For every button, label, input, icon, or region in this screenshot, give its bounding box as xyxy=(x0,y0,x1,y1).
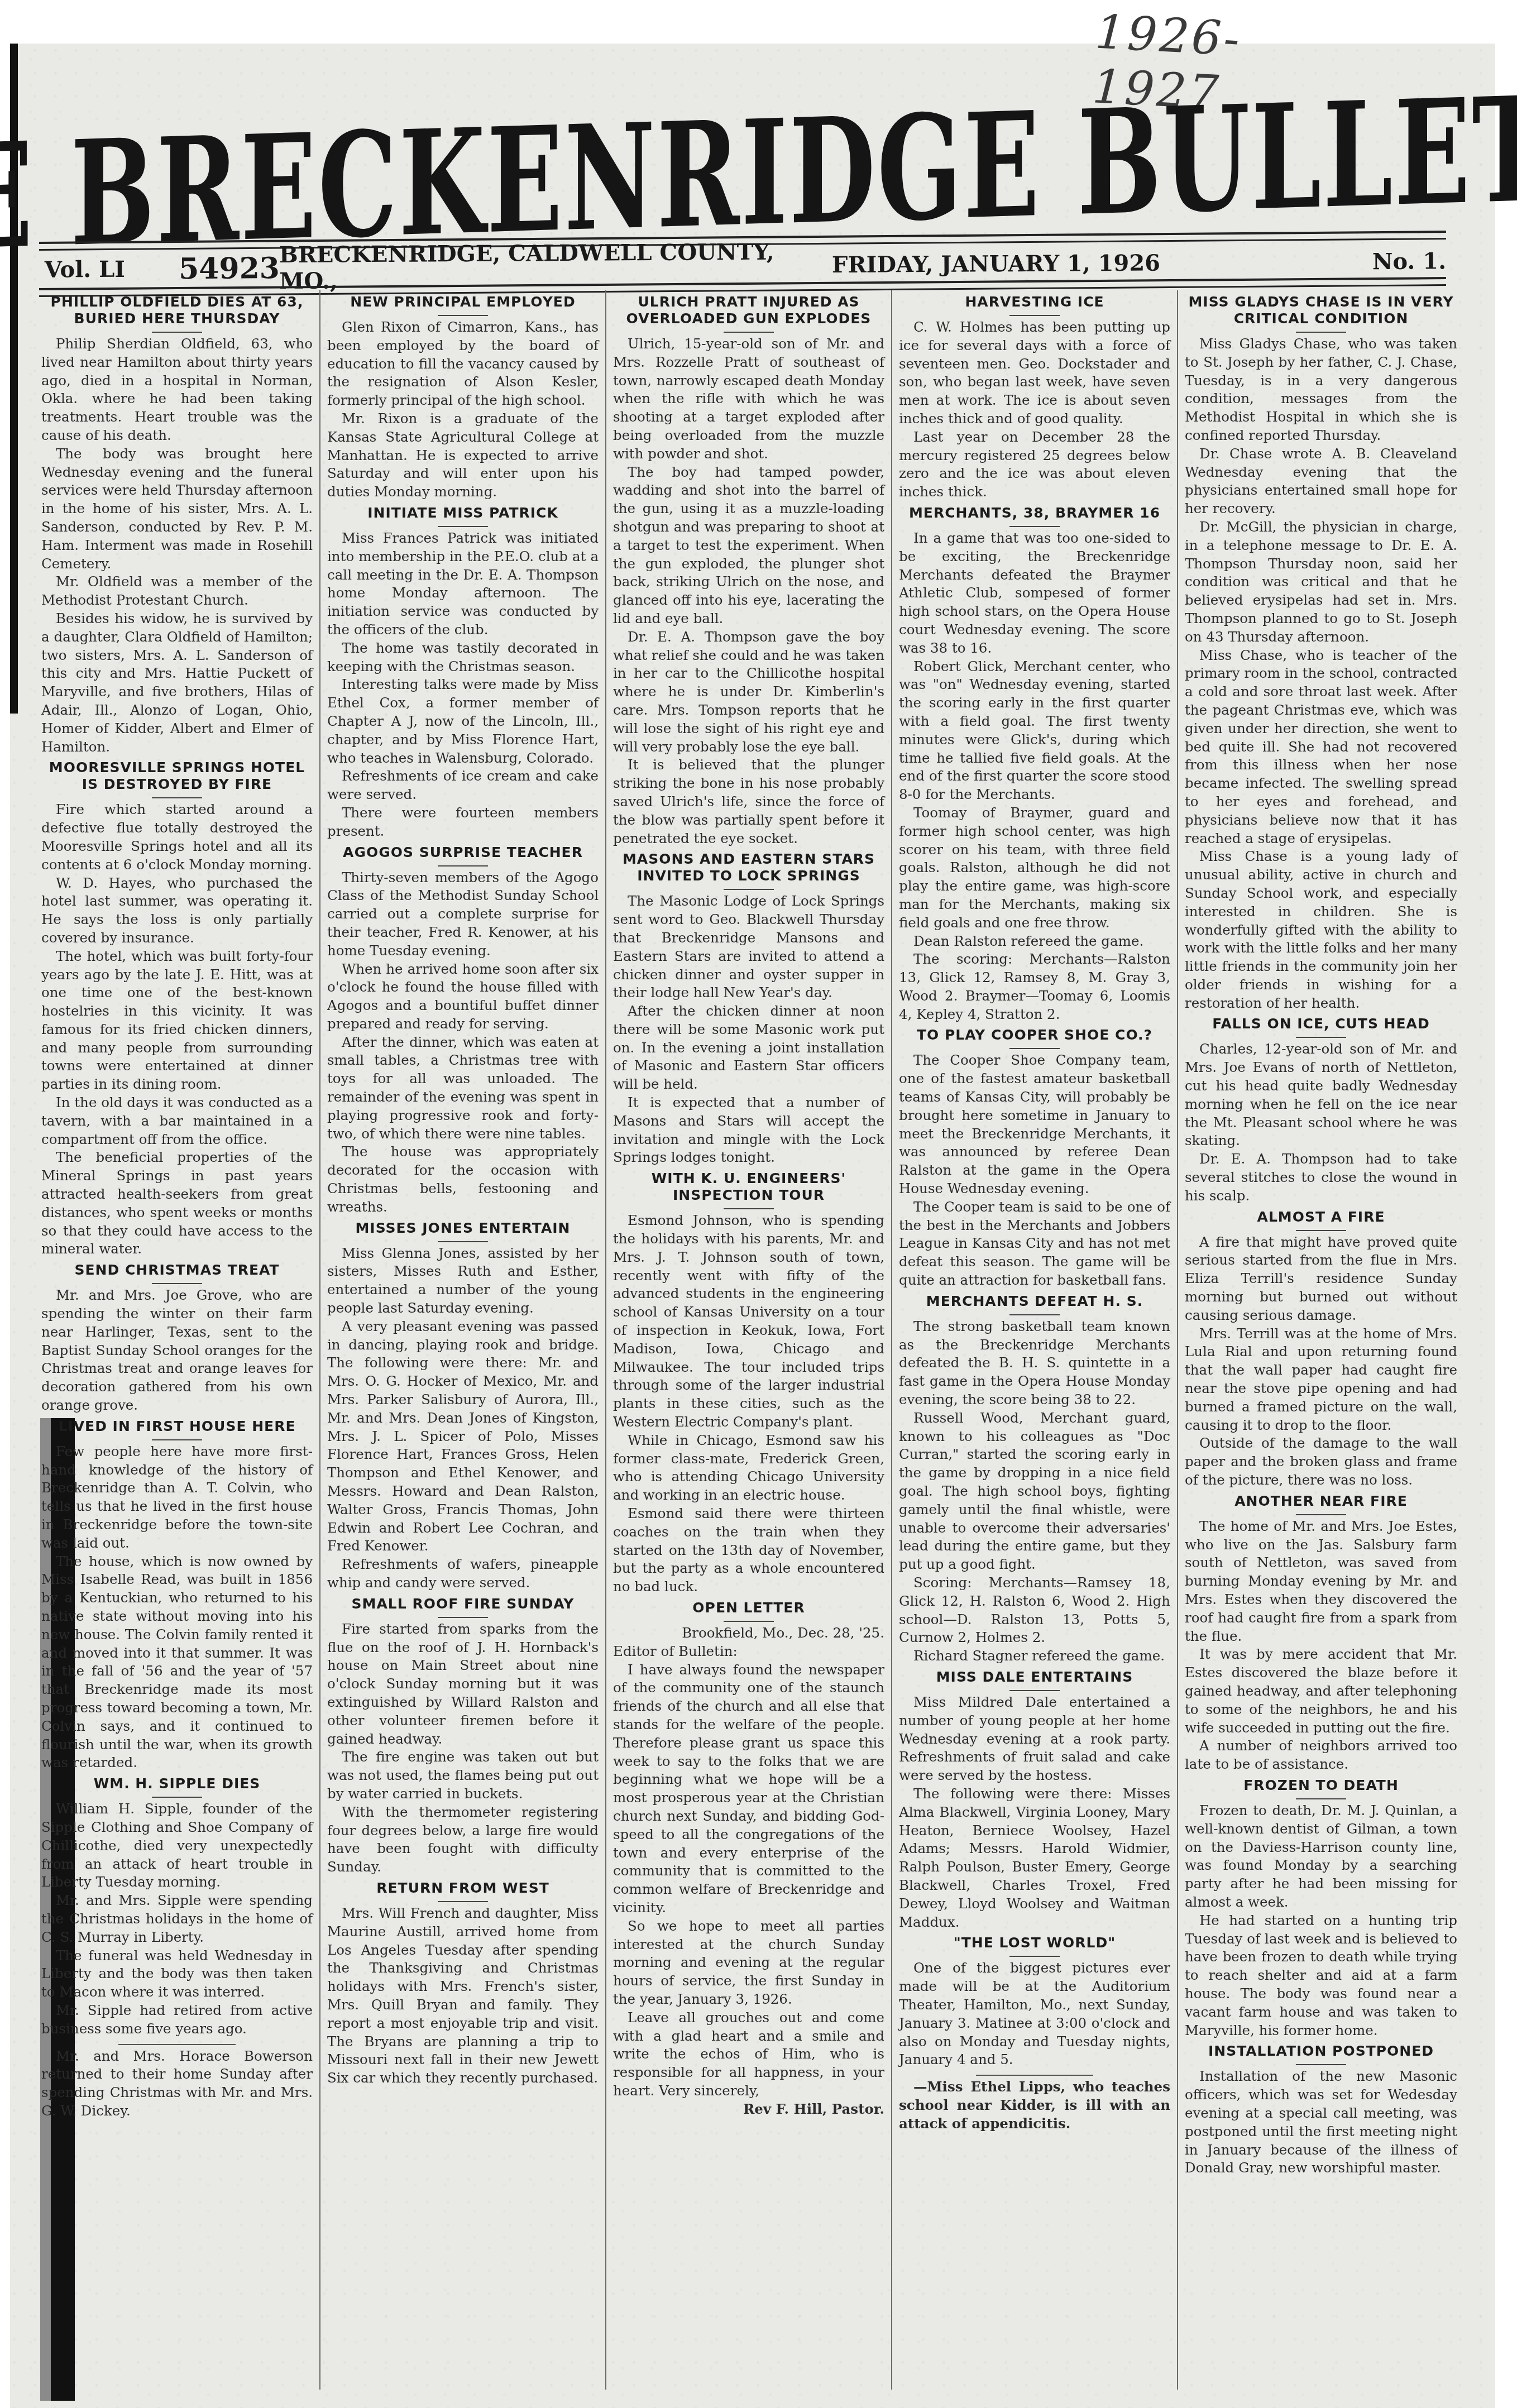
article-headline: WITH K. U. ENGINEERS' INSPECTION TOUR xyxy=(613,1170,884,1209)
article-paragraph: Fire which started around a defective fl… xyxy=(41,801,313,874)
article-paragraph: Dr. E. A. Thompson gave the boy what rel… xyxy=(613,628,884,757)
article-paragraph: In the old days it was conducted as a ta… xyxy=(41,1094,313,1148)
article-paragraph: Refreshments of ice cream and cake were … xyxy=(327,767,599,804)
article-paragraph: A number of neighbors arrived too late t… xyxy=(1185,1737,1457,1774)
article-headline: FROZEN TO DEATH xyxy=(1185,1777,1457,1799)
article-paragraph: Outside of the damage to the wall paper … xyxy=(1185,1434,1457,1489)
article-paragraph: The boy had tamped powder, wadding and s… xyxy=(613,463,884,628)
article: MISSES JONES ENTERTAINMiss Glenna Jones,… xyxy=(327,1220,599,1592)
article-paragraph: Philip Sherdian Oldfield, 63, who lived … xyxy=(41,335,313,445)
article-headline: FALLS ON ICE, CUTS HEAD xyxy=(1185,1016,1457,1038)
article-headline: PHILLIP OLDFIELD DIES AT 63, BURIED HERE… xyxy=(41,294,313,333)
article-paragraph: After the chicken dinner at noon there w… xyxy=(613,1002,884,1094)
article: MASONS AND EASTERN STARS INVITED TO LOCK… xyxy=(613,851,884,1167)
volume-label: Vol. LI xyxy=(45,256,179,283)
article-headline: MISS DALE ENTERTAINS xyxy=(899,1669,1170,1691)
article-paragraph: The fire engine was taken out but was no… xyxy=(327,1748,599,1803)
article-paragraph: The scoring: Merchants—Ralston 13, Glick… xyxy=(899,950,1170,1023)
article: WM. H. SIPPLE DIESWilliam H. Sipple, fou… xyxy=(41,1775,313,2038)
article-paragraph: Miss Chase is a young lady of unusual ab… xyxy=(1185,848,1457,1012)
article: MOORESVILLE SPRINGS HOTEL IS DESTROYED B… xyxy=(41,759,313,1258)
article-paragraph: The house, which is now owned by Miss Is… xyxy=(41,1553,313,1773)
letter-dateline: Brookfield, Mo., Dec. 28, '25. xyxy=(613,1624,884,1643)
article-paragraph: Miss Mildred Dale entertained a number o… xyxy=(899,1693,1170,1785)
article: INSTALLATION POSTPONEDInstallation of th… xyxy=(1185,2043,1457,2177)
article-paragraph: Russell Wood, Merchant guard, known to h… xyxy=(899,1409,1170,1574)
article-paragraph: Glen Rixon of Cimarron, Kans., has been … xyxy=(327,318,599,410)
article: ULRICH PRATT INJURED AS OVERLOADED GUN E… xyxy=(613,294,884,848)
article-paragraph: The funeral was held Wednesday in Libert… xyxy=(41,1947,313,2002)
article-paragraph: Scoring: Merchants—Ramsey 18, Glick 12, … xyxy=(899,1574,1170,1647)
article-paragraph: Thirty-seven members of the Agogo Class … xyxy=(327,869,599,960)
column-5: MISS GLADYS CHASE IS IN VERY CRITICAL CO… xyxy=(1178,290,1464,2390)
article-paragraph: William H. Sipple, founder of the Sipple… xyxy=(41,1800,313,1892)
article: INITIATE MISS PATRICKMiss Frances Patric… xyxy=(327,505,599,841)
article: AGOGOS SURPRISE TEACHERThirty-seven memb… xyxy=(327,844,599,1217)
article-paragraph: Frozen to death, Dr. M. J. Quinlan, a we… xyxy=(1185,1802,1457,1912)
article-headline: INSTALLATION POSTPONED xyxy=(1185,2043,1457,2065)
article-paragraph: Mr. Rixon is a graduate of the Kansas St… xyxy=(327,410,599,501)
article: TO PLAY COOPER SHOE CO.?The Cooper Shoe … xyxy=(899,1027,1170,1289)
article-paragraph: Richard Stagner refereed the game. xyxy=(899,1647,1170,1665)
article-paragraph: Mr. and Mrs. Joe Grove, who are spending… xyxy=(41,1286,313,1415)
article-headline: HARVESTING ICE xyxy=(899,294,1170,316)
article: ANOTHER NEAR FIREThe home of Mr. and Mrs… xyxy=(1185,1493,1457,1774)
article-paragraph: The Masonic Lodge of Lock Springs sent w… xyxy=(613,892,884,1002)
article-paragraph: Fire started from sparks from the flue o… xyxy=(327,1620,599,1749)
article: RETURN FROM WESTMrs. Will French and dau… xyxy=(327,1880,599,2088)
article-headline: AGOGOS SURPRISE TEACHER xyxy=(327,844,599,867)
article-headline: OPEN LETTER xyxy=(613,1600,884,1622)
article-paragraph: The strong basketball team known as the … xyxy=(899,1318,1170,1409)
article-paragraph: The body was brought here Wednesday even… xyxy=(41,445,313,573)
article: FALLS ON ICE, CUTS HEADCharles, 12-year-… xyxy=(1185,1016,1457,1205)
article-paragraph: Interesting talks were made by Miss Ethe… xyxy=(327,676,599,767)
article-headline: SMALL ROOF FIRE SUNDAY xyxy=(327,1596,599,1618)
article-paragraph: The house was appropriately decorated fo… xyxy=(327,1143,599,1216)
article-paragraph: Mrs. Will French and daughter, Miss Maur… xyxy=(327,1904,599,2088)
article: SEND CHRISTMAS TREATMr. and Mrs. Joe Gro… xyxy=(41,1262,313,1415)
article-paragraph: W. D. Hayes, who purchased the hotel las… xyxy=(41,874,313,947)
article-paragraph: I have always found the newspaper of the… xyxy=(613,1661,884,1917)
article-paragraph: In a game that was too one-sided to be e… xyxy=(899,529,1170,658)
article-paragraph: Dean Ralston refereed the game. xyxy=(899,932,1170,951)
article-headline: RETURN FROM WEST xyxy=(327,1880,599,1902)
article-paragraph: Miss Chase, who is teacher of the primar… xyxy=(1185,647,1457,848)
article-paragraph: While in Chicago, Esmond saw his former … xyxy=(613,1432,884,1505)
article: LIVED IN FIRST HOUSE HEREFew people here… xyxy=(41,1418,313,1772)
article-paragraph: Miss Gladys Chase, who was taken to St. … xyxy=(1185,335,1457,445)
article-paragraph: Refreshments of wafers, pineapple whip a… xyxy=(327,1555,599,1592)
article-paragraph: One of the biggest pictures ever made wi… xyxy=(899,1959,1170,2069)
article: WITH K. U. ENGINEERS' INSPECTION TOUREsm… xyxy=(613,1170,884,1596)
article-paragraph: Leave all grouches out and come with a g… xyxy=(613,2009,884,2100)
article-paragraph: —Miss Ethel Lipps, who teaches school ne… xyxy=(899,2078,1170,2133)
article-headline: NEW PRINCIPAL EMPLOYED xyxy=(327,294,599,316)
article-headline: TO PLAY COOPER SHOE CO.? xyxy=(899,1027,1170,1049)
article-headline: LIVED IN FIRST HOUSE HERE xyxy=(41,1418,313,1440)
article-separator xyxy=(118,2044,236,2045)
article-paragraph: It was by mere accident that Mr. Estes d… xyxy=(1185,1645,1457,1737)
article-paragraph: Mr. Sipple had retired from active busin… xyxy=(41,2002,313,2038)
article-paragraph: The following were there: Misses Alma Bl… xyxy=(899,1785,1170,1931)
issue-number: No. 1. xyxy=(1368,248,1446,275)
article-paragraph: Charles, 12-year-old son of Mr. and Mrs.… xyxy=(1185,1040,1457,1150)
article-paragraph: The home of Mr. and Mrs. Joe Estes, who … xyxy=(1185,1517,1457,1646)
article: Mr. and Mrs. Horace Bowerson returned to… xyxy=(41,2044,313,2120)
article-paragraph: When he arrived home soon after six o'cl… xyxy=(327,960,599,1033)
article-paragraph: A very pleasant evening was passed in da… xyxy=(327,1318,599,1555)
article-paragraph: Esmond said there were thirteen coaches … xyxy=(613,1505,884,1596)
article-paragraph: Robert Glick, Merchant center, who was "… xyxy=(899,658,1170,804)
article: PHILLIP OLDFIELD DIES AT 63, BURIED HERE… xyxy=(41,294,313,756)
article-headline: MISSES JONES ENTERTAIN xyxy=(327,1220,599,1242)
article: MERCHANTS, 38, BRAYMER 16In a game that … xyxy=(899,505,1170,1024)
article-paragraph: Mr. and Mrs. Sipple were spending the Ch… xyxy=(41,1892,313,1946)
article-paragraph: Installation of the new Masonic officers… xyxy=(1185,2067,1457,2177)
article-paragraph: Ulrich, 15-year-old son of Mr. and Mrs. … xyxy=(613,335,884,463)
article-paragraph: The Cooper team is said to be one of the… xyxy=(899,1198,1170,1290)
article-paragraph: After the dinner, which was eaten at sma… xyxy=(327,1033,599,1143)
article-headline: "THE LOST WORLD" xyxy=(899,1935,1170,1957)
article-headline: WM. H. SIPPLE DIES xyxy=(41,1775,313,1798)
article-paragraph: Mrs. Terrill was at the home of Mrs. Lul… xyxy=(1185,1325,1457,1435)
article-headline: MISS GLADYS CHASE IS IN VERY CRITICAL CO… xyxy=(1185,294,1457,333)
article-paragraph: Dr. E. A. Thompson had to take several s… xyxy=(1185,1150,1457,1205)
article-paragraph: C. W. Holmes has been putting up ice for… xyxy=(899,318,1170,428)
article: MISS GLADYS CHASE IS IN VERY CRITICAL CO… xyxy=(1185,294,1457,1012)
article-headline: ULRICH PRATT INJURED AS OVERLOADED GUN E… xyxy=(613,294,884,333)
column-4: HARVESTING ICEC. W. Holmes has been putt… xyxy=(892,290,1178,2390)
article: OPEN LETTERBrookfield, Mo., Dec. 28, '25… xyxy=(613,1600,884,2119)
column-1: PHILLIP OLDFIELD DIES AT 63, BURIED HERE… xyxy=(35,290,320,2390)
article-paragraph: Dr. McGill, the physician in charge, in … xyxy=(1185,518,1457,647)
article-paragraph: It is expected that a number of Masons a… xyxy=(613,1094,884,1167)
article-headline: MASONS AND EASTERN STARS INVITED TO LOCK… xyxy=(613,851,884,890)
issue-date: FRIDAY, JANUARY 1, 1926 xyxy=(832,248,1368,278)
article-headline: ALMOST A FIRE xyxy=(1185,1209,1457,1231)
article: MERCHANTS DEFEAT H. S.The strong basketb… xyxy=(899,1293,1170,1665)
article-paragraph: The beneficial properties of the Mineral… xyxy=(41,1148,313,1258)
article-paragraph: Dr. Chase wrote A. B. Cleaveland Wednesd… xyxy=(1185,445,1457,518)
article-headline: SEND CHRISTMAS TREAT xyxy=(41,1262,313,1284)
article-paragraph: Mr. and Mrs. Horace Bowerson returned to… xyxy=(41,2047,313,2120)
article-paragraph: It is believed that the plunger striking… xyxy=(613,756,884,848)
article-paragraph: Miss Glenna Jones, assisted by her siste… xyxy=(327,1244,599,1318)
article-paragraph: Besides his widow, he is survived by a d… xyxy=(41,610,313,756)
article-paragraph: Miss Frances Patrick was initiated into … xyxy=(327,529,599,639)
article-paragraph: The hotel, which was built forty-four ye… xyxy=(41,947,313,1094)
article-headline: MERCHANTS, 38, BRAYMER 16 xyxy=(899,505,1170,527)
article-paragraph: Few people here have more first-hand kno… xyxy=(41,1443,313,1553)
article-headline: ANOTHER NEAR FIRE xyxy=(1185,1493,1457,1515)
article-paragraph: There were fourteen members present. xyxy=(327,804,599,841)
article-paragraph: Last year on December 28 the mercury reg… xyxy=(899,428,1170,501)
article-paragraph: Esmond Johnson, who is spending the holi… xyxy=(613,1212,884,1432)
article-paragraph: He had started on a hunting trip Tuesday… xyxy=(1185,1912,1457,2040)
article-paragraph: With the thermometer registering four de… xyxy=(327,1803,599,1876)
article-paragraph: Mr. Oldfield was a member of the Methodi… xyxy=(41,573,313,610)
article: SMALL ROOF FIRE SUNDAYFire started from … xyxy=(327,1596,599,1876)
article-headline: MOORESVILLE SPRINGS HOTEL IS DESTROYED B… xyxy=(41,759,313,798)
article: —Miss Ethel Lipps, who teaches school ne… xyxy=(899,2075,1170,2133)
letter-signature: Rev F. Hill, Pastor. xyxy=(613,2100,884,2119)
article-headline: INITIATE MISS PATRICK xyxy=(327,505,599,527)
article-paragraph: The home was tastily decorated in keepin… xyxy=(327,639,599,676)
article-paragraph: So we hope to meet all parties intereste… xyxy=(613,1917,884,2009)
article-columns: PHILLIP OLDFIELD DIES AT 63, BURIED HERE… xyxy=(35,290,1464,2390)
article: ALMOST A FIREA fire that might have prov… xyxy=(1185,1209,1457,1490)
article-paragraph: A fire that might have proved quite seri… xyxy=(1185,1233,1457,1325)
column-2: NEW PRINCIPAL EMPLOYEDGlen Rixon of Cima… xyxy=(320,290,606,2390)
article: MISS DALE ENTERTAINSMiss Mildred Dale en… xyxy=(899,1669,1170,1931)
stamp-number: 54923 xyxy=(179,251,279,286)
article: HARVESTING ICEC. W. Holmes has been putt… xyxy=(899,294,1170,501)
article: NEW PRINCIPAL EMPLOYEDGlen Rixon of Cima… xyxy=(327,294,599,501)
column-3: ULRICH PRATT INJURED AS OVERLOADED GUN E… xyxy=(606,290,892,2390)
article-paragraph: The Cooper Shoe Company team, one of the… xyxy=(899,1051,1170,1198)
article: FROZEN TO DEATHFrozen to death, Dr. M. J… xyxy=(1185,1777,1457,2040)
letter-salutation: Editor of Bulletin: xyxy=(613,1643,884,1661)
article-separator xyxy=(976,2075,1093,2076)
article-paragraph: Toomay of Braymer, guard and former high… xyxy=(899,804,1170,932)
article: "THE LOST WORLD"One of the biggest pictu… xyxy=(899,1935,1170,2069)
article-headline: MERCHANTS DEFEAT H. S. xyxy=(899,1293,1170,1315)
